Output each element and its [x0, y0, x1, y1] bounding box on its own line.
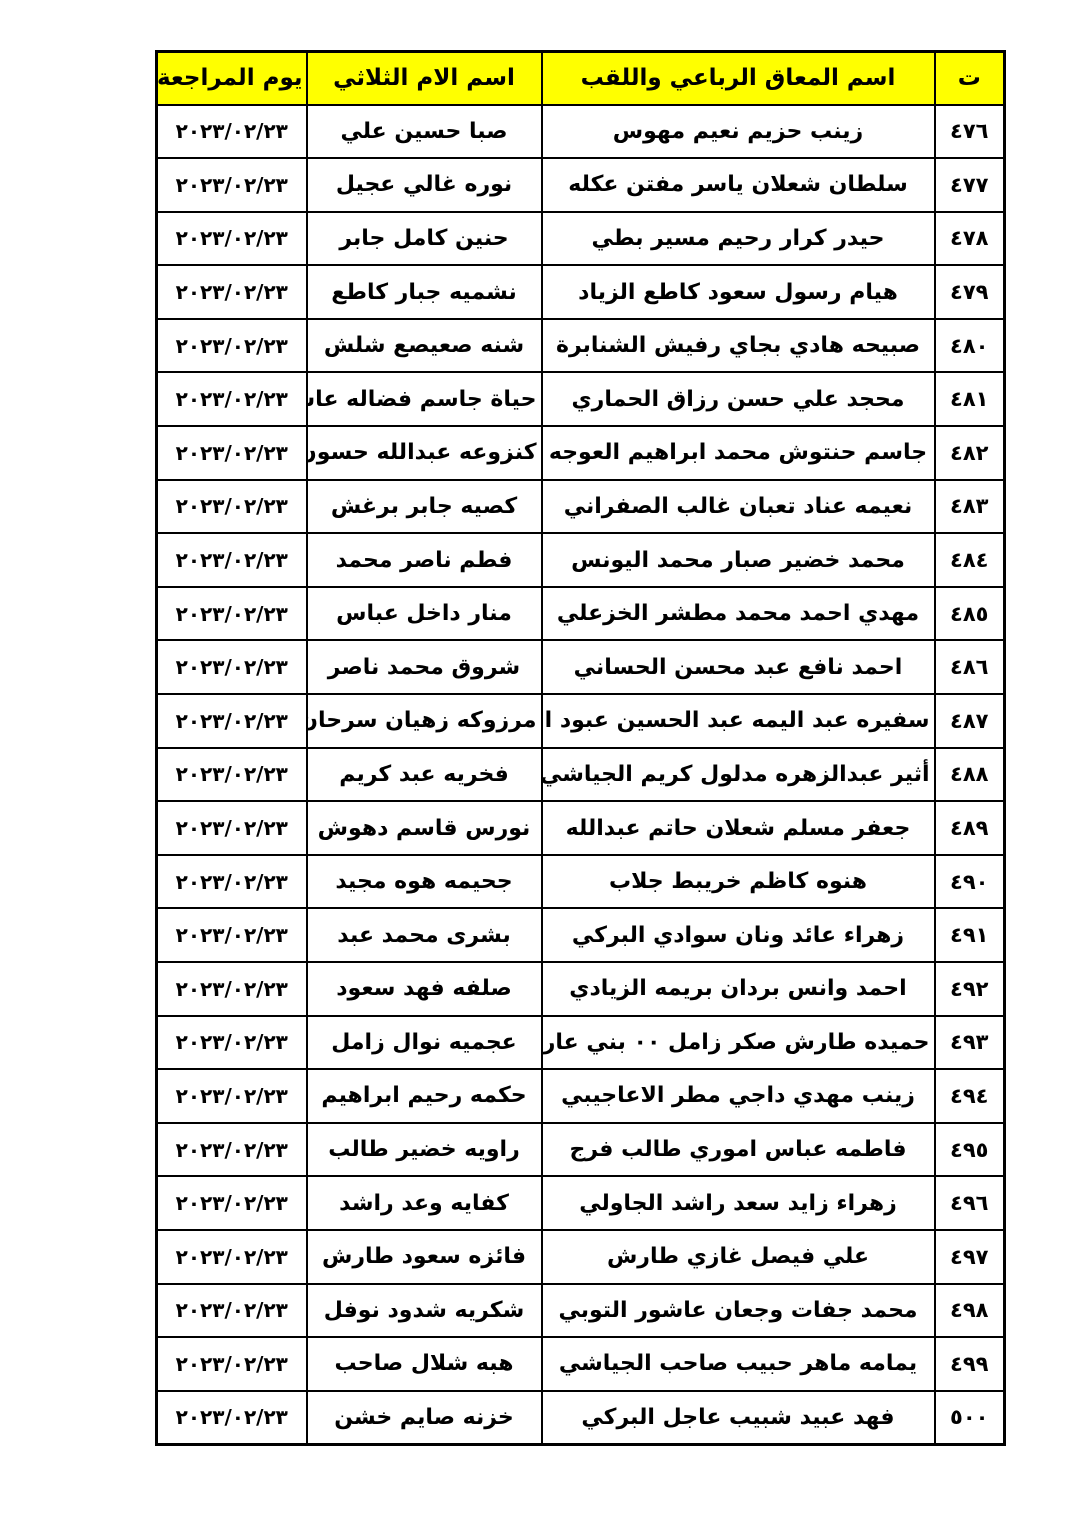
- review-date-cell: ٢٠٢٣/٠٢/٢٣: [157, 640, 307, 694]
- disabled-person-name-cell: جعفر مسلم شعلان حاتم عبدالله: [542, 801, 935, 855]
- review-date-cell: ٢٠٢٣/٠٢/٢٣: [157, 1069, 307, 1123]
- disabled-person-name-cell: هيام رسول سعود كاطع الزياد: [542, 265, 935, 319]
- table-header-row: ت اسم المعاق الرباعي واللقب اسم الام الث…: [157, 52, 1005, 105]
- serial-number-cell: ٤٨١: [935, 372, 1005, 426]
- serial-number-cell: ٤٩٦: [935, 1176, 1005, 1230]
- mother-name-cell: شنه صعيصع شلش: [307, 319, 542, 373]
- mother-name-cell: راويه خضير طالب: [307, 1123, 542, 1177]
- table-body: ٤٧٦زينب حزيم نعيم مهوسصبا حسين علي٢٠٢٣/٠…: [157, 105, 1005, 1445]
- table-row: ٤٧٧سلطان شعلان ياسر مفتن عكلهنوره غالي ع…: [157, 158, 1005, 212]
- review-date-cell: ٢٠٢٣/٠٢/٢٣: [157, 801, 307, 855]
- table-row: ٤٨٦احمد نافع عبد محسن الحسانيشروق محمد ن…: [157, 640, 1005, 694]
- mother-name-cell: صلفه فهد سعود: [307, 962, 542, 1016]
- serial-number-cell: ٤٩١: [935, 908, 1005, 962]
- disabled-person-name-cell: احمد نافع عبد محسن الحساني: [542, 640, 935, 694]
- review-date-cell: ٢٠٢٣/٠٢/٢٣: [157, 1230, 307, 1284]
- mother-name-cell: حياة جاسم فضاله عاشور: [307, 372, 542, 426]
- disabled-person-name-cell: محمد جفات وجعان عاشور التوبي: [542, 1284, 935, 1338]
- table-row: ٤٨٨أثير عبدالزهره مدلول كريم الجياشيفخري…: [157, 748, 1005, 802]
- mother-name-cell: مرزوكه زهيان سرحان: [307, 694, 542, 748]
- serial-number-cell: ٤٧٧: [935, 158, 1005, 212]
- mother-name-cell: هبه شلال صاحب: [307, 1337, 542, 1391]
- table-row: ٤٧٨حيدر كرار رحيم مسير بطيحنين كامل جابر…: [157, 212, 1005, 266]
- disabled-person-name-cell: حيدر كرار رحيم مسير بطي: [542, 212, 935, 266]
- serial-number-cell: ٤٨٥: [935, 587, 1005, 641]
- review-date-cell: ٢٠٢٣/٠٢/٢٣: [157, 1284, 307, 1338]
- serial-number-cell: ٥٠٠: [935, 1391, 1005, 1445]
- serial-number-cell: ٤٨٨: [935, 748, 1005, 802]
- table-row: ٤٩٨محمد جفات وجعان عاشور التوبيشكريه شدو…: [157, 1284, 1005, 1338]
- serial-number-cell: ٤٧٦: [935, 105, 1005, 159]
- table-row: ٤٨٤محمد خضير صبار محمد اليونسفطم ناصر مح…: [157, 533, 1005, 587]
- serial-number-cell: ٤٨٧: [935, 694, 1005, 748]
- review-date-cell: ٢٠٢٣/٠٢/٢٣: [157, 855, 307, 909]
- review-date-cell: ٢٠٢٣/٠٢/٢٣: [157, 319, 307, 373]
- table-row: ٤٩٣حميده طارش صكر زامل ٠٠ بني عارضعجميه …: [157, 1016, 1005, 1070]
- table-row: ٤٨٩جعفر مسلم شعلان حاتم عبداللهنورس قاسم…: [157, 801, 1005, 855]
- review-date-cell: ٢٠٢٣/٠٢/٢٣: [157, 1337, 307, 1391]
- document-page: ت اسم المعاق الرباعي واللقب اسم الام الث…: [0, 0, 1080, 1528]
- serial-number-cell: ٤٩٧: [935, 1230, 1005, 1284]
- table-row: ٤٨٢جاسم حنتوش محمد ابراهيم العوجهكنزوعه …: [157, 426, 1005, 480]
- table-row: ٤٩٧علي فيصل غازي طارشفائزه سعود طارش٢٠٢٣…: [157, 1230, 1005, 1284]
- table-row: ٤٩٥فاطمه عباس اموري طالب فرجراويه خضير ط…: [157, 1123, 1005, 1177]
- serial-number-cell: ٤٨٠: [935, 319, 1005, 373]
- table-row: ٤٩٢احمد وانس بردان بريمه الزياديصلفه فهد…: [157, 962, 1005, 1016]
- disabled-person-name-cell: زينب حزيم نعيم مهوس: [542, 105, 935, 159]
- disabled-person-name-cell: فاطمه عباس اموري طالب فرج: [542, 1123, 935, 1177]
- header-serial-number: ت: [935, 52, 1005, 105]
- disabled-person-name-cell: حميده طارش صكر زامل ٠٠ بني عارض: [542, 1016, 935, 1070]
- table-row: ٤٩٠هنوه كاظم خريبط جلابجحيمه هوه مجيد٢٠٢…: [157, 855, 1005, 909]
- mother-name-cell: حنين كامل جابر: [307, 212, 542, 266]
- review-date-cell: ٢٠٢٣/٠٢/٢٣: [157, 748, 307, 802]
- disabled-person-name-cell: نعيمه عناد تعبان غالب الصفراني: [542, 480, 935, 534]
- disabled-person-name-cell: محمد خضير صبار محمد اليونس: [542, 533, 935, 587]
- table-row: ٤٨٠صبيحه هادي بجاي رفيش الشنابرةشنه صعيص…: [157, 319, 1005, 373]
- serial-number-cell: ٤٨٩: [935, 801, 1005, 855]
- serial-number-cell: ٤٩٢: [935, 962, 1005, 1016]
- mother-name-cell: كفايه وعد راشد: [307, 1176, 542, 1230]
- review-date-cell: ٢٠٢٣/٠٢/٢٣: [157, 372, 307, 426]
- disabled-person-name-cell: احمد وانس بردان بريمه الزيادي: [542, 962, 935, 1016]
- table-row: ٤٨٥مهدي احمد محمد مطشر الخزعليمنار داخل …: [157, 587, 1005, 641]
- review-date-cell: ٢٠٢٣/٠٢/٢٣: [157, 694, 307, 748]
- mother-name-cell: فخريه عبد كريم: [307, 748, 542, 802]
- mother-name-cell: فائزه سعود طارش: [307, 1230, 542, 1284]
- review-date-cell: ٢٠٢٣/٠٢/٢٣: [157, 1176, 307, 1230]
- disabled-person-name-cell: زهراء زايد سعد راشد الجاولي: [542, 1176, 935, 1230]
- mother-name-cell: كصيه جابر برغش: [307, 480, 542, 534]
- review-date-cell: ٢٠٢٣/٠٢/٢٣: [157, 533, 307, 587]
- mother-name-cell: شكريه شدود نوفل: [307, 1284, 542, 1338]
- mother-name-cell: شروق محمد ناصر: [307, 640, 542, 694]
- mother-name-cell: نشميه جبار كاطع: [307, 265, 542, 319]
- disabled-person-name-cell: أثير عبدالزهره مدلول كريم الجياشي: [542, 748, 935, 802]
- disabled-person-name-cell: علي فيصل غازي طارش: [542, 1230, 935, 1284]
- review-date-cell: ٢٠٢٣/٠٢/٢٣: [157, 426, 307, 480]
- table-row: ٤٩١زهراء عائد ونان سوادي البركيبشرى محمد…: [157, 908, 1005, 962]
- review-date-cell: ٢٠٢٣/٠٢/٢٣: [157, 1016, 307, 1070]
- review-date-cell: ٢٠٢٣/٠٢/٢٣: [157, 908, 307, 962]
- table-row: ٤٧٩هيام رسول سعود كاطع الزيادنشميه جبار …: [157, 265, 1005, 319]
- review-date-cell: ٢٠٢٣/٠٢/٢٣: [157, 1123, 307, 1177]
- disabled-person-name-cell: زهراء عائد ونان سوادي البركي: [542, 908, 935, 962]
- table-row: ٤٧٦زينب حزيم نعيم مهوسصبا حسين علي٢٠٢٣/٠…: [157, 105, 1005, 159]
- mother-name-cell: منار داخل عباس: [307, 587, 542, 641]
- serial-number-cell: ٤٨٢: [935, 426, 1005, 480]
- header-disabled-person-name: اسم المعاق الرباعي واللقب: [542, 52, 935, 105]
- serial-number-cell: ٤٩٨: [935, 1284, 1005, 1338]
- serial-number-cell: ٤٨٦: [935, 640, 1005, 694]
- serial-number-cell: ٤٩٠: [935, 855, 1005, 909]
- table-row: ٥٠٠فهد عبيد شبيب عاجل البركيخزنه صايم خش…: [157, 1391, 1005, 1445]
- disabled-person-name-cell: صبيحه هادي بجاي رفيش الشنابرة: [542, 319, 935, 373]
- review-date-cell: ٢٠٢٣/٠٢/٢٣: [157, 105, 307, 159]
- mother-name-cell: خزنه صايم خشن: [307, 1391, 542, 1445]
- serial-number-cell: ٤٩٩: [935, 1337, 1005, 1391]
- mother-name-cell: نورس قاسم دهوش: [307, 801, 542, 855]
- disabled-person-name-cell: محجد علي حسن رزاق الحماري: [542, 372, 935, 426]
- table-row: ٤٩٤زينب مهدي داجي مطر الاعاجيبيحكمه رحيم…: [157, 1069, 1005, 1123]
- mother-name-cell: جحيمه هوه مجيد: [307, 855, 542, 909]
- table-row: ٤٩٩يمامه ماهر حبيب صاحب الجياشيهبه شلال …: [157, 1337, 1005, 1391]
- mother-name-cell: حكمه رحيم ابراهيم: [307, 1069, 542, 1123]
- review-date-cell: ٢٠٢٣/٠٢/٢٣: [157, 1391, 307, 1445]
- mother-name-cell: فطم ناصر محمد: [307, 533, 542, 587]
- mother-name-cell: بشرى محمد عبد: [307, 908, 542, 962]
- review-date-cell: ٢٠٢٣/٠٢/٢٣: [157, 962, 307, 1016]
- disabled-person-name-cell: سفيره عبد اليمه عبد الحسين عبود الاعاجيب…: [542, 694, 935, 748]
- disabled-person-name-cell: مهدي احمد محمد مطشر الخزعلي: [542, 587, 935, 641]
- disabled-person-name-cell: فهد عبيد شبيب عاجل البركي: [542, 1391, 935, 1445]
- mother-name-cell: عجميه نوال زامل: [307, 1016, 542, 1070]
- serial-number-cell: ٤٧٩: [935, 265, 1005, 319]
- disabled-persons-review-table: ت اسم المعاق الرباعي واللقب اسم الام الث…: [155, 50, 1006, 1446]
- disabled-person-name-cell: هنوه كاظم خريبط جلاب: [542, 855, 935, 909]
- serial-number-cell: ٤٧٨: [935, 212, 1005, 266]
- review-date-cell: ٢٠٢٣/٠٢/٢٣: [157, 265, 307, 319]
- serial-number-cell: ٤٨٤: [935, 533, 1005, 587]
- mother-name-cell: نوره غالي عجيل: [307, 158, 542, 212]
- disabled-person-name-cell: يمامه ماهر حبيب صاحب الجياشي: [542, 1337, 935, 1391]
- disabled-person-name-cell: جاسم حنتوش محمد ابراهيم العوجه: [542, 426, 935, 480]
- table-row: ٤٨١محجد علي حسن رزاق الحماريحياة جاسم فض…: [157, 372, 1005, 426]
- header-mother-name: اسم الام الثلاثي: [307, 52, 542, 105]
- mother-name-cell: صبا حسين علي: [307, 105, 542, 159]
- table-row: ٤٨٧سفيره عبد اليمه عبد الحسين عبود الاعا…: [157, 694, 1005, 748]
- disabled-person-name-cell: سلطان شعلان ياسر مفتن عكله: [542, 158, 935, 212]
- review-date-cell: ٢٠٢٣/٠٢/٢٣: [157, 212, 307, 266]
- serial-number-cell: ٤٩٥: [935, 1123, 1005, 1177]
- review-date-cell: ٢٠٢٣/٠٢/٢٣: [157, 480, 307, 534]
- review-date-cell: ٢٠٢٣/٠٢/٢٣: [157, 158, 307, 212]
- mother-name-cell: كنزوعه عبدالله حسون: [307, 426, 542, 480]
- header-review-day: يوم المراجعة: [157, 52, 307, 105]
- table-row: ٤٩٦زهراء زايد سعد راشد الجاوليكفايه وعد …: [157, 1176, 1005, 1230]
- review-date-cell: ٢٠٢٣/٠٢/٢٣: [157, 587, 307, 641]
- serial-number-cell: ٤٩٤: [935, 1069, 1005, 1123]
- disabled-person-name-cell: زينب مهدي داجي مطر الاعاجيبي: [542, 1069, 935, 1123]
- serial-number-cell: ٤٩٣: [935, 1016, 1005, 1070]
- table-row: ٤٨٣نعيمه عناد تعبان غالب الصفرانيكصيه جا…: [157, 480, 1005, 534]
- serial-number-cell: ٤٨٣: [935, 480, 1005, 534]
